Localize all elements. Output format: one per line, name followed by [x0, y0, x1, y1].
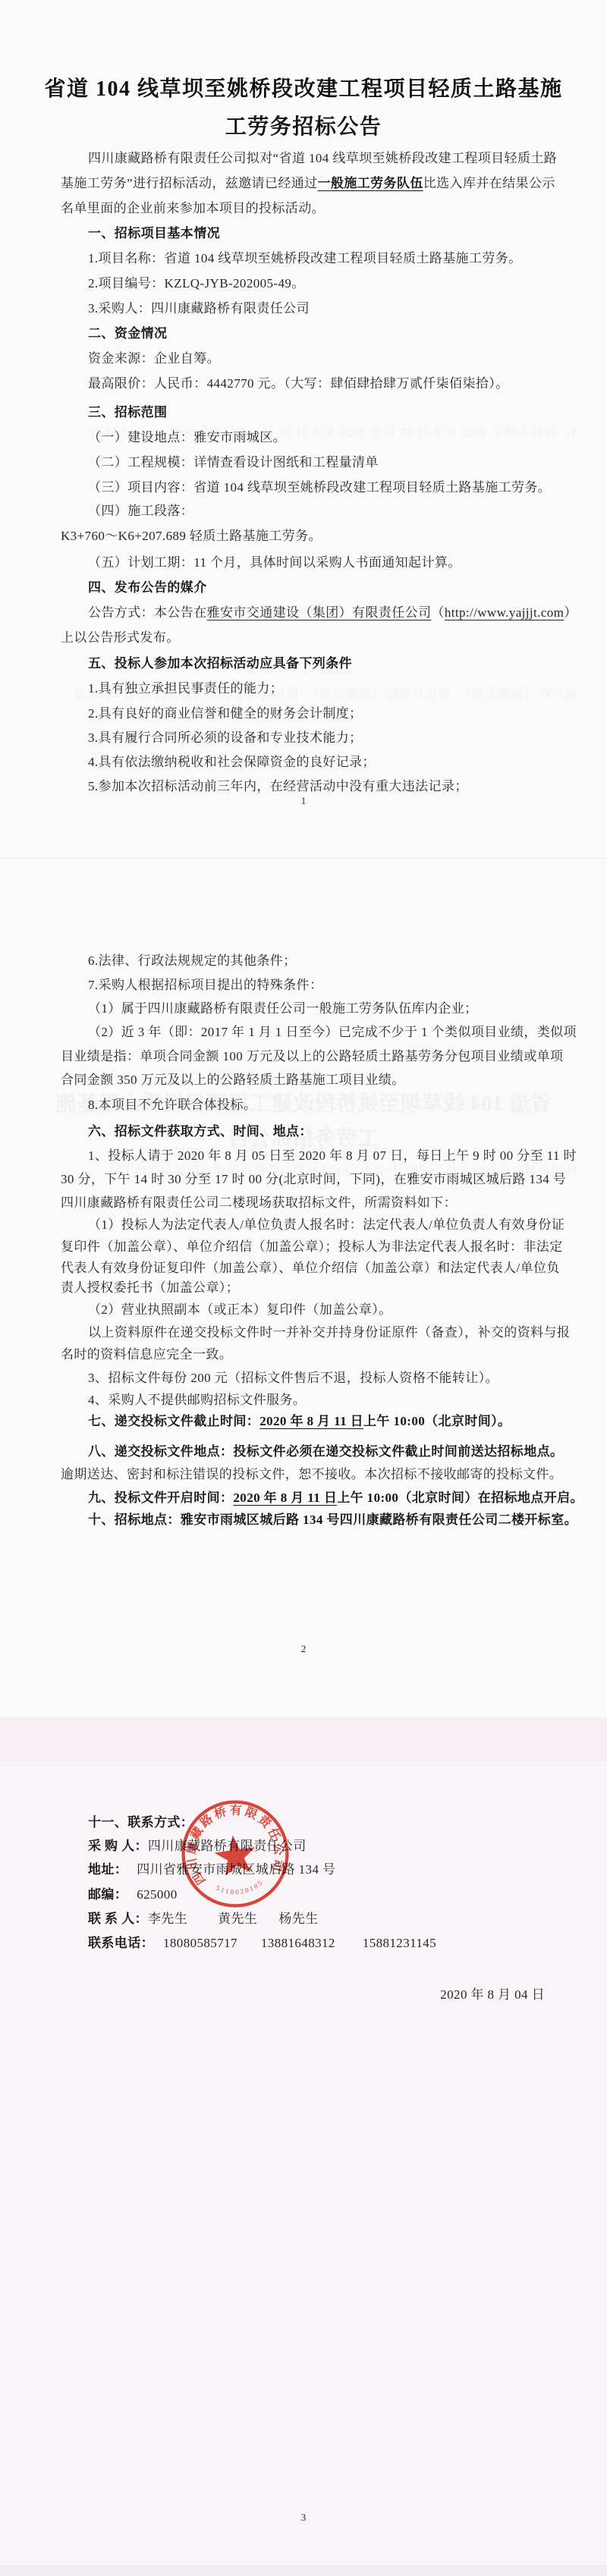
media-paren-close: ） — [564, 605, 577, 620]
page-1: 1、投标人请于 2020 年 8 月 05 日至 2020 年 8 月 07 日… — [0, 0, 607, 858]
document-title-line1: 省道 104 线草坝至姚桥段改建工程项目轻质土路基施 — [0, 76, 607, 102]
obtain-docs-line3: 四川康藏路桥有限责任公司二楼现场获取招标文件，所需资料如下： — [61, 1195, 457, 1211]
section-8-line: 八、递交投标文件地点：投标文件必须在递交投标文件截止时间前送达招标地点。 — [88, 1444, 563, 1459]
project-name-line: 1.项目名称：省道 104 线草坝至姚桥段改建工程项目轻质土路基施工劳务。 — [88, 250, 522, 266]
max-price-line: 最高限价：人民币：4442770 元。（大写：肆佰肆拾肆万贰仟柒佰柒拾）。 — [88, 375, 509, 391]
contacts-label: 联 系 人： — [88, 1912, 148, 1926]
condition-6: 6.法律、行政法规规定的其他条件； — [88, 953, 297, 969]
media-paren-open: （ — [431, 605, 444, 620]
condition-7-2-line3: 合同金额 350 万元及以上的公路轻质土路基施工项目业绩。 — [61, 1072, 405, 1088]
materials-2-line: （2）营业执照副本（或正本）复印件（加盖公章）。 — [88, 1302, 392, 1318]
obtain-docs-line2: 30 分，下午 14 时 30 分至 17 时 00 分(北京时间，下同)，在雅… — [61, 1171, 566, 1187]
fund-source-line: 资金来源：企业自筹。 — [88, 350, 220, 366]
phones-row: 联系电话：180805857171388164831215881231145 — [88, 1935, 436, 1951]
page-number-1: 1 — [0, 795, 607, 807]
condition-7-1: （1）属于四川康藏路桥有限责任公司一般施工劳务队伍库内企业； — [88, 1001, 478, 1016]
scan-tone-band — [0, 1719, 607, 1761]
condition-5: 5.参加本次招标活动前三年内，在经营活动中没有重大违法记录； — [88, 778, 468, 794]
announcement-media-line-2: 上以公告形式发布。 — [61, 630, 180, 646]
announcement-media-line: 公告方式：本公告在雅安市交通建设（集团）有限责任公司（http://www.ya… — [88, 605, 577, 620]
intro-line-1: 四川康藏路桥有限责任公司拟对“省道 104 线草坝至姚桥段改建工程项目轻质土路 — [88, 150, 557, 166]
section-9-heading: 九、投标文件开启时间： — [88, 1491, 233, 1505]
project-number-line: 2.项目编号：KZLQ-JYB-202005-49。 — [88, 275, 305, 291]
intro-line-2-pre: 基施工劳务”进行招标活动，兹邀请已经通过 — [61, 176, 318, 190]
purchaser-line: 3.采购人：四川康藏路桥有限责任公司 — [88, 300, 310, 316]
scope-content-line: （三）项目内容：省道 104 线草坝至姚桥段改建工程项目轻质土路基施工劳务。 — [88, 479, 551, 495]
page-3: 十一、联系方式： 采 购 人：四川康藏路桥有限责任公司 地址：四川省雅安市雨城区… — [0, 1718, 607, 2576]
materials-1-line4: 责人授权委托书（加盖公章）； — [61, 1280, 239, 1296]
section-6-heading: 六、招标文件获取方式、时间、地点： — [88, 1123, 313, 1139]
condition-2: 2.具有良好的商业信誉和健全的财务会计制度； — [88, 705, 363, 721]
media-prefix: 公告方式：本公告在 — [88, 605, 207, 620]
obtain-docs-line1: 1、投标人请于 2020 年 8 月 05 日至 2020 年 8 月 07 日… — [88, 1148, 577, 1164]
intro-line-2: 基施工劳务”进行招标活动，兹邀请已经通过一般施工劳务队伍比选入库并在结果公示 — [61, 175, 555, 191]
condition-3: 3.具有履行合同所必须的设备和专业技术能力； — [88, 730, 363, 746]
phone-number-3: 15881231145 — [363, 1936, 436, 1950]
materials-1-line3: 代表人有效身份证复印件（加盖公章）、单位介绍信（加盖公章）和法定代表人/单位负 — [61, 1260, 560, 1276]
intro-line-3: 名单里面的企业前来参加本项目的投标活动。 — [61, 200, 325, 216]
doc-fee-line: 3、招标文件每份 200 元（招标文件售后不退，投标人资格不能转让）。 — [88, 1370, 498, 1386]
section-8-rest: 投标文件必须在递交投标文件截止时间前送达招标地点。 — [233, 1444, 563, 1459]
materials-note-line1: 以上资料原件在递交投标文件时一并补交并持身份证原件（备查），补交的资料与报 — [88, 1324, 570, 1340]
media-company-underlined: 雅安市交通建设（集团）有限责任公司 — [207, 605, 432, 620]
section-7-line: 七、递交投标文件截止时间：2020 年 8 月 11 日上午 10:00（北京时… — [88, 1413, 511, 1429]
intro-emphasis-general-labor-team: 一般施工劳务队伍 — [318, 176, 423, 190]
section-7-rest: 上午 10:00（北京时间）。 — [363, 1414, 511, 1428]
section-1-heading: 一、招标项目基本情况 — [88, 225, 220, 241]
opening-time-date: 2020 年 8 月 11 日 — [233, 1491, 337, 1505]
condition-7-2-line2: 目业绩是指：单项合同金额 100 万元及以上的公路轻质土路基劳务分包项目业绩或单… — [61, 1048, 563, 1064]
scope-schedule-line: （五）计划工期：11 个月，具体时间以采购人书面通知起计算。 — [88, 554, 461, 570]
section-8-heading: 八、递交投标文件地点： — [88, 1444, 233, 1459]
seal-star-icon — [212, 1833, 259, 1877]
scope-segment-label: （四）施工段落： — [88, 503, 193, 519]
company-seal: 四川康藏路桥有限责任公司 5118020105 — [170, 1789, 300, 1919]
condition-8: 8.本项目不允许联合体投标。 — [88, 1097, 256, 1113]
materials-1-line1: （1）投标人为法定代表人/单位负责人报名时：法定代表人/单位负责人有效身份证 — [88, 1217, 565, 1233]
submission-deadline-date: 2020 年 8 月 11 日 — [259, 1414, 363, 1428]
section-10-line: 十、招标地点：雅安市雨城区城后路 134 号四川康藏路桥有限责任公司二楼开标室。 — [88, 1512, 577, 1528]
intro-line-2-post: 比选入库并在结果公示 — [423, 176, 555, 190]
section-2-heading: 二、资金情况 — [88, 325, 167, 341]
phone-number-2: 13881648312 — [261, 1936, 335, 1950]
zip-row: 邮编：625000 — [88, 1886, 178, 1902]
section-8-continuation: 逾期送达、密封和标注错误的投标文件，恕不接收。本次招标不接收邮寄的投标文件。 — [61, 1466, 562, 1482]
condition-7-2-line1: （2）近 3 年（即：2017 年 1 月 1 日至今）已完成不少于 1 个类似… — [88, 1024, 577, 1040]
section-9-rest: 上午 10:00（北京时间）在招标地点开启。 — [337, 1491, 583, 1505]
contact-name-3: 杨先生 — [278, 1912, 318, 1926]
seal-code-arc-text: 5118020105 — [214, 1877, 266, 1899]
zip-value: 625000 — [137, 1887, 177, 1902]
media-url: http://www.yajjjt.com — [445, 605, 564, 620]
purchaser-label: 采 购 人： — [88, 1839, 148, 1853]
document-title-line2: 工劳务招标公告 — [0, 114, 607, 140]
condition-1: 1.具有独立承担民事责任的能力； — [88, 680, 283, 696]
scan-bottom-edge — [0, 2565, 607, 2576]
page-number-2: 2 — [0, 1643, 607, 1655]
section-4-heading: 四、发布公告的媒介 — [88, 580, 207, 595]
section-3-heading: 三、招标范围 — [88, 404, 167, 420]
condition-7: 7.采购人根据招标项目提出的特殊条件： — [88, 977, 322, 993]
condition-4: 4.具有依法缴纳税收和社会保障资金的良好记录； — [88, 754, 376, 770]
scope-scale-line: （二）工程规模：详情查看设计图纸和工程量清单 — [88, 454, 379, 470]
page-number-3: 3 — [0, 2512, 607, 2524]
section-5-heading: 五、投标人参加本次招标活动应具备下列条件 — [88, 655, 352, 671]
no-mail-order-line: 4、采购人不提供邮购招标文件服务。 — [88, 1392, 306, 1408]
phones-label: 联系电话： — [88, 1936, 154, 1950]
company-seal-graphic: 四川康藏路桥有限责任公司 5118020105 — [170, 1789, 300, 1919]
materials-note-line2: 名时的资料信息应完全一致。 — [61, 1346, 232, 1362]
section-7-heading: 七、递交投标文件截止时间： — [88, 1414, 259, 1428]
materials-1-line2: 复印件（加盖公章）、单位介绍信（加盖公章）；投标人为非法定代表人报名时：非法定 — [61, 1239, 563, 1255]
page-2: 省道 104 线草坝至姚桥段改建工程项目轻质土路基施 工劳务招标公告 四川康藏路… — [0, 858, 607, 1719]
scope-location-line: （一）建设地点：雅安市雨城区。 — [88, 429, 286, 445]
section-9-line: 九、投标文件开启时间：2020 年 8 月 11 日上午 10:00（北京时间）… — [88, 1490, 583, 1506]
zip-label: 邮编： — [88, 1887, 127, 1902]
address-label: 地址： — [88, 1862, 127, 1877]
scope-segment-value: K3+760～K6+207.689 轻质土路基施工劳务。 — [61, 528, 322, 544]
phone-number-1: 18080585717 — [163, 1936, 237, 1950]
contact-name-1: 李先生 — [148, 1912, 187, 1926]
announcement-date: 2020 年 8 月 04 日 — [0, 1987, 545, 2003]
